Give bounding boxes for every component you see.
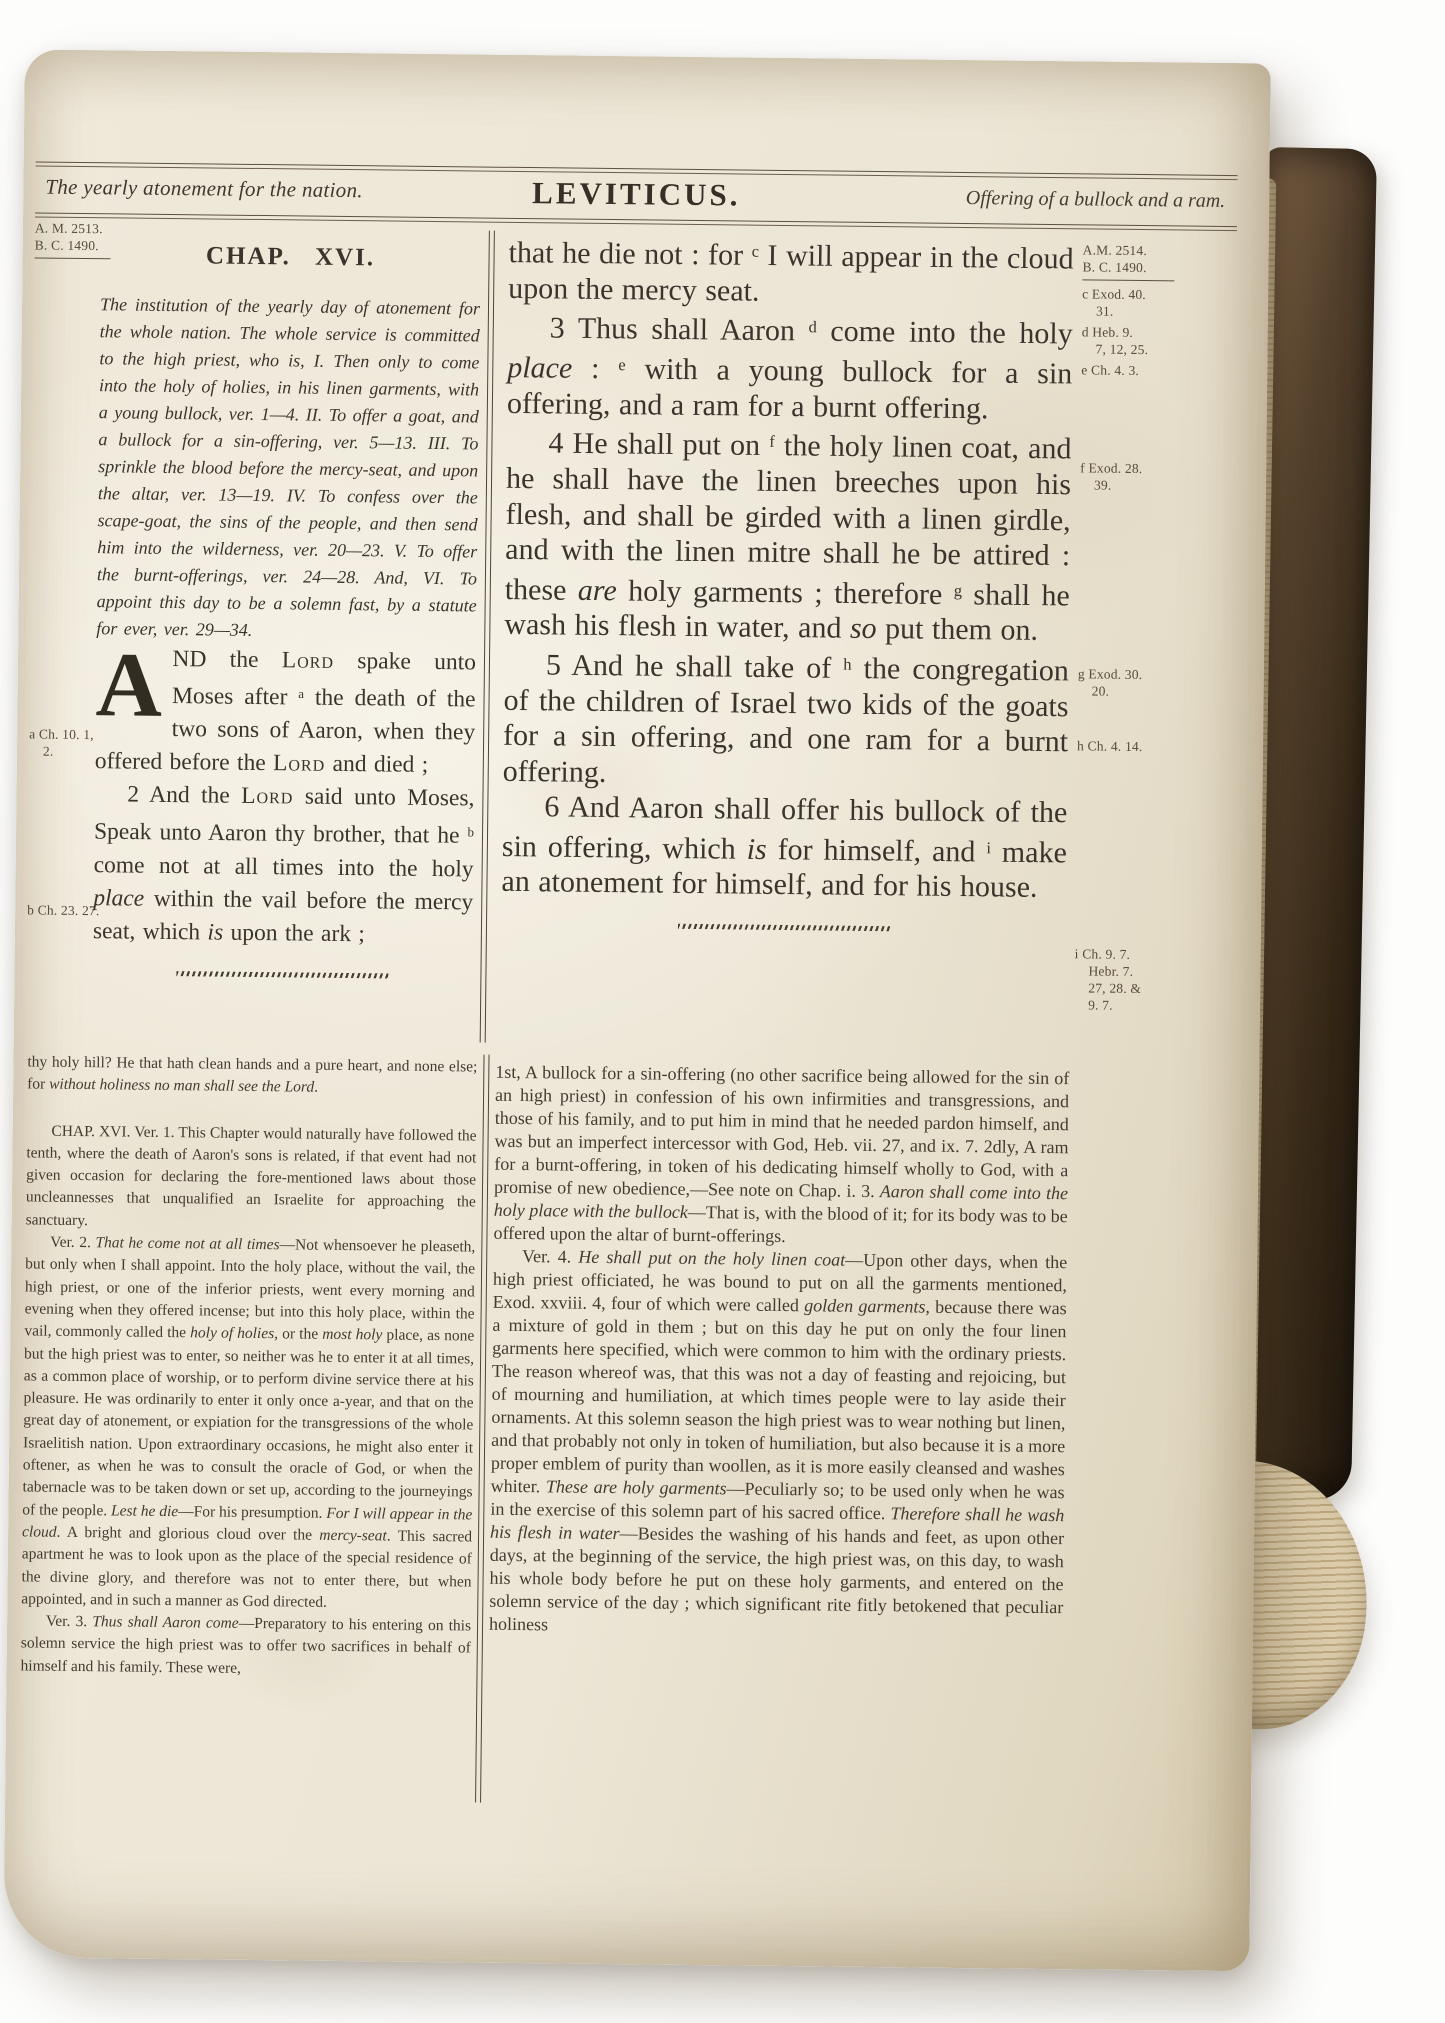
commentary-intro: thy holy hill? He that hath clean hands …: [27, 1051, 477, 1101]
commentary-column-right: 1st, A bullock for a sin-offering (no ot…: [489, 1061, 1069, 1642]
date-bc-left: B. C. 1490.: [35, 236, 111, 254]
commentary-chap16-ver1: CHAP. XVI. Ver. 1. This Chapter would na…: [26, 1120, 477, 1237]
margin-right-dates: A.M. 2514. B. C. 1490.: [1082, 241, 1174, 281]
commentary-column-left: thy holy hill? He that hath clean hands …: [20, 1051, 477, 1682]
date-bc-right: B. C. 1490.: [1082, 258, 1174, 276]
running-head-right: Offering of a bullock and a ram.: [966, 187, 1226, 213]
margin-note-g: g Exod. 30. 20.: [1078, 665, 1228, 701]
chapter-heading: CHAP. XVI.: [100, 238, 480, 275]
commentary-column-rule: [475, 1055, 489, 1803]
scripture-column-right: that he die not : for c I will appear in…: [501, 231, 1074, 933]
margin-left-dates: A. M. 2513. B. C. 1490.: [35, 219, 111, 259]
margin-note-b: b Ch. 23. 27.: [27, 901, 103, 919]
commentary-ver3: Ver. 3. Thus shall Aaron come—Preparator…: [20, 1611, 471, 1683]
column-rule-main: [480, 231, 495, 1043]
date-am-left: A. M. 2513.: [35, 220, 103, 236]
margin-note-i: i Ch. 9. 7. Hebr. 7. 27, 28. & 9. 7.: [1074, 945, 1225, 1015]
commentary-ver2: Ver. 2. That he come not at all times—No…: [21, 1231, 475, 1615]
verse-4: 4 He shall put on f the holy linen coat,…: [504, 421, 1071, 649]
margin-note-e: e Ch. 4. 3.: [1081, 361, 1231, 380]
margin-note-a: a Ch. 10. 1, 2.: [29, 725, 105, 760]
section-divider-left: [176, 971, 388, 978]
commentary-first: 1st, A bullock for a sin-offering (no ot…: [493, 1061, 1069, 1251]
book-page: The yearly atonement for the nation. LEV…: [3, 49, 1271, 1971]
verse-3: 3 Thus shall Aaron d come into the holy …: [507, 306, 1073, 427]
book-photo: The yearly atonement for the nation. LEV…: [0, 0, 1445, 2023]
running-head: The yearly atonement for the nation. LEV…: [35, 161, 1238, 231]
verse-5: 5 And he shall take of h the congregatio…: [503, 643, 1070, 796]
commentary-ver4: Ver. 4. He shall put on the holy linen c…: [489, 1245, 1067, 1642]
scripture-column-left: CHAP. XVI. The institution of the yearly…: [92, 232, 480, 979]
verse-2-continuation: that he die not : for c I will appear in…: [508, 231, 1074, 313]
chapter-summary: The institution of the yearly day of ato…: [96, 291, 480, 646]
margin-note-c: c Exod. 40. 31.: [1082, 285, 1232, 321]
verse-1: AND the Lord spake unto Moses after a th…: [95, 642, 477, 783]
verse-2: 2 And the Lord said unto Moses, Speak un…: [93, 779, 475, 953]
margin-note-h: h Ch. 4. 14.: [1077, 737, 1227, 756]
verse-6: 6 And Aaron shall offer his bullock of t…: [501, 789, 1067, 906]
margin-note-f: f Exod. 28. 39.: [1080, 459, 1230, 495]
drop-cap-initial: A: [95, 642, 172, 721]
date-am-right: A.M. 2514.: [1083, 242, 1147, 258]
section-divider-right: [677, 924, 889, 931]
margin-note-d: d Heb. 9. 7, 12, 25.: [1081, 323, 1231, 359]
